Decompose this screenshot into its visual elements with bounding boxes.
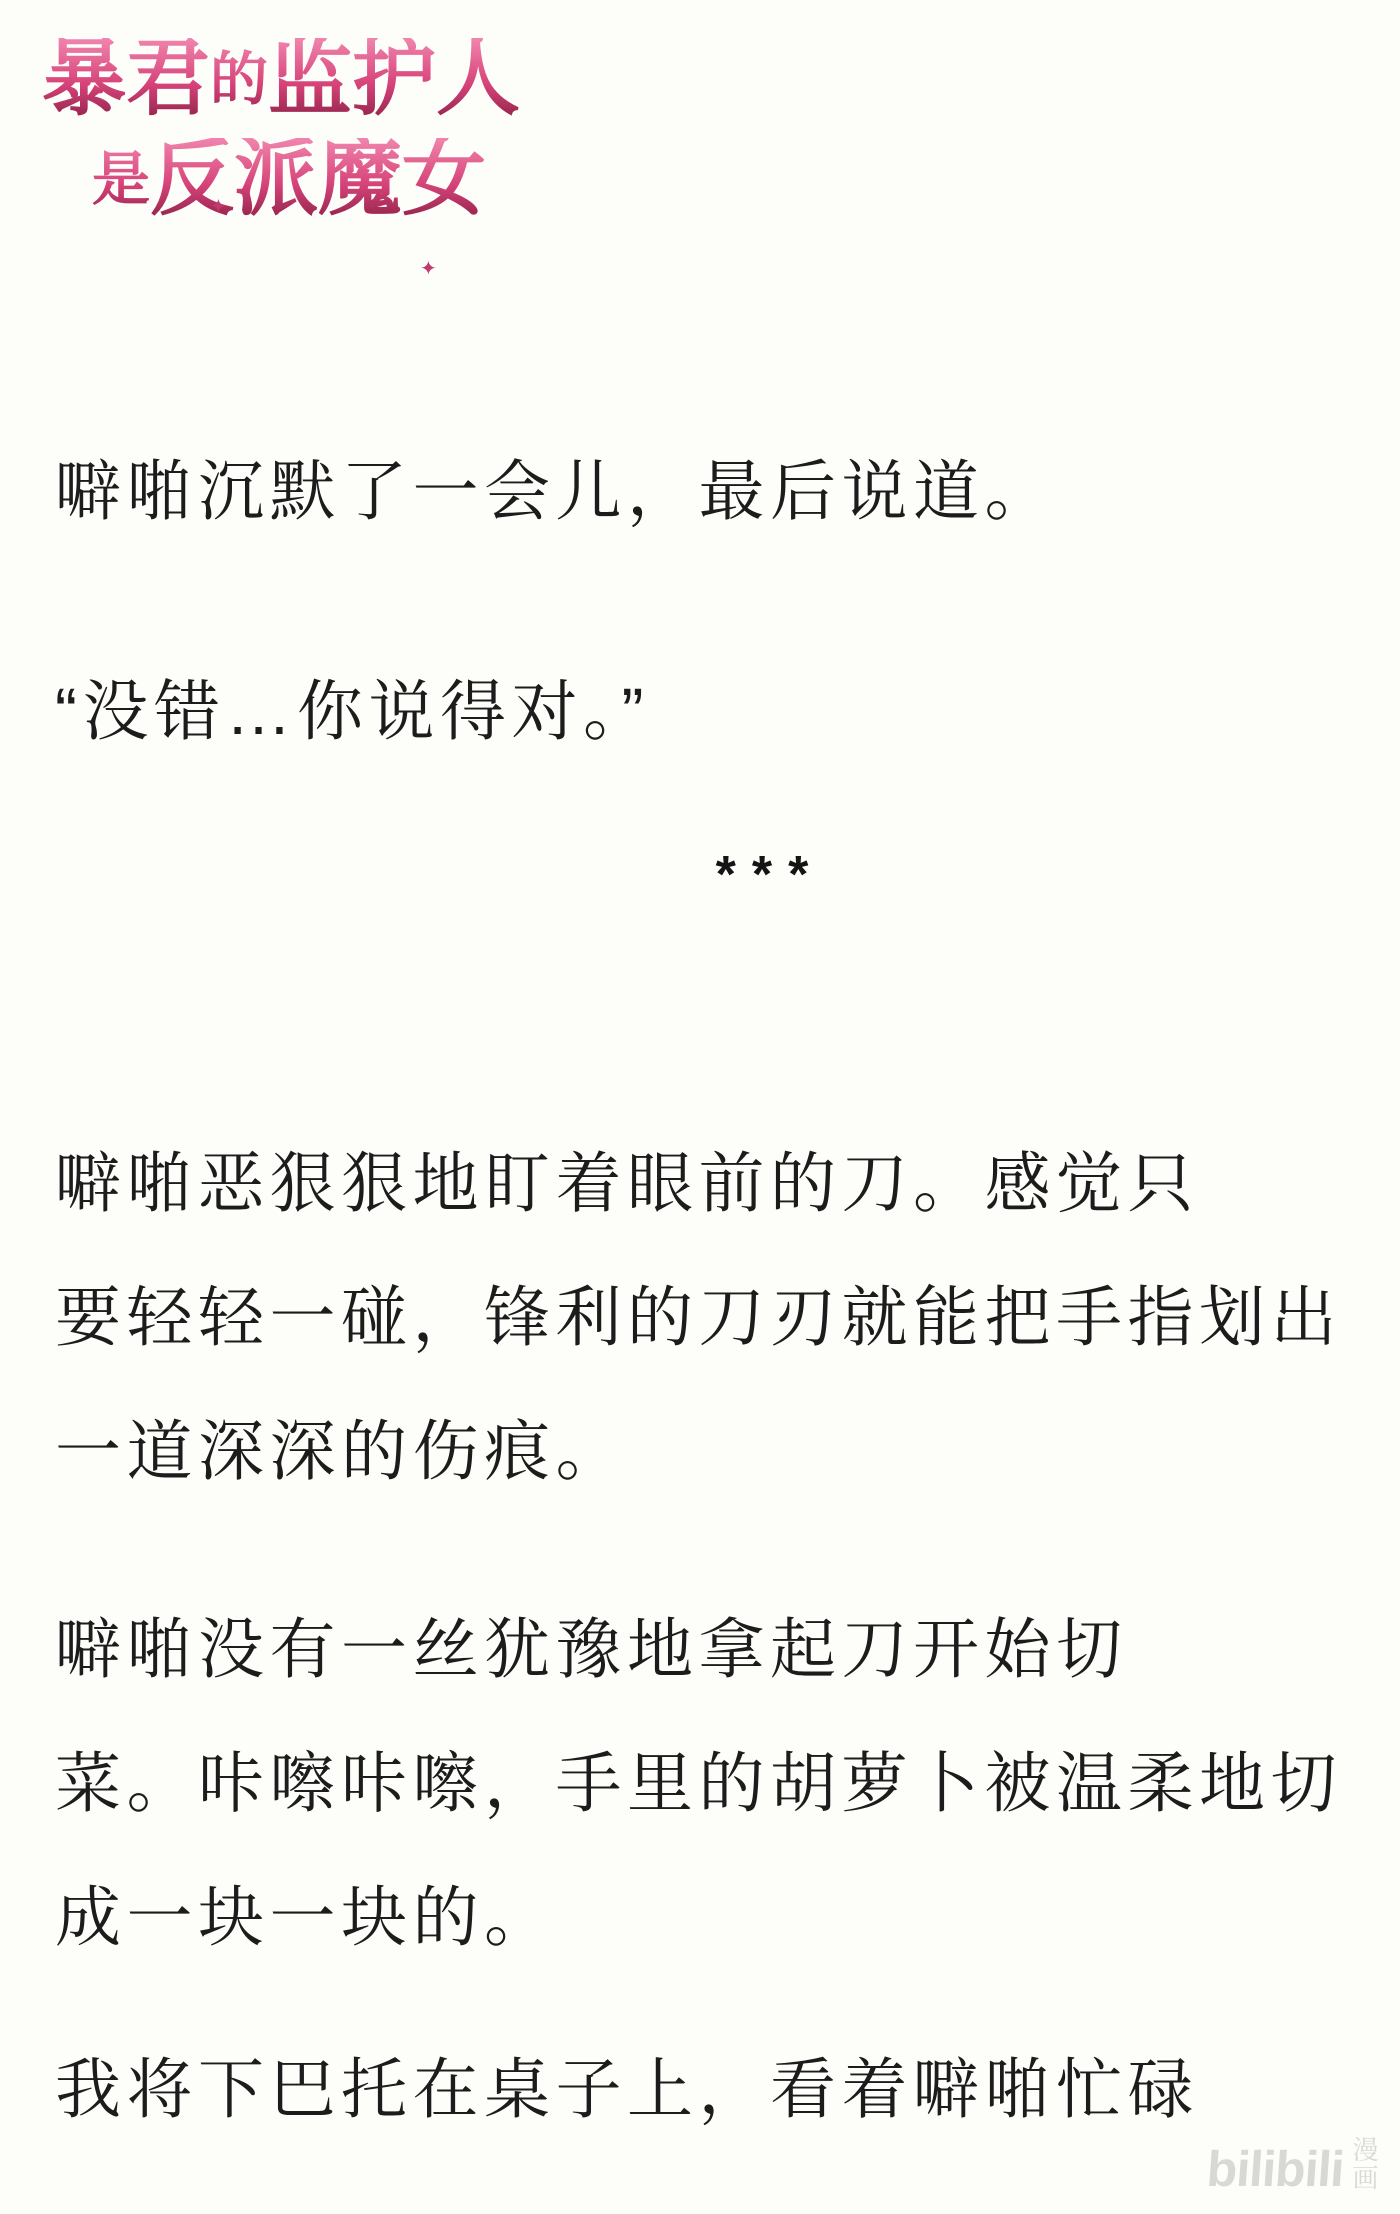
scene-divider-stars: *** (716, 846, 825, 904)
text-line: 要轻轻一碰，锋利的刀刃就能把手指划出 (55, 1280, 1342, 1354)
scene-divider: *** (140, 800, 1400, 934)
text-line: 噼啪没有一丝犹豫地拿起刀开始切 (55, 1612, 1128, 1686)
manhua-label: 漫画 (1349, 2136, 1378, 2192)
logo-text-de: 的 (210, 47, 268, 112)
text-line: 噼啪恶狠狠地盯着眼前的刀。感觉只 (55, 1146, 1199, 1220)
text-line: 成一块一块的。 (55, 1880, 556, 1954)
novel-page: 暴君的监护人 是反派魔女 ✦ ✦ 噼啪沉默了一会儿，最后说道。 “没错…你说得对… (0, 0, 1400, 2214)
paragraph: 噼啪沉默了一会儿，最后说道。 (55, 424, 1350, 558)
bilibili-watermark: bilibili 漫画 (1207, 2136, 1378, 2194)
bilibili-logo: bilibili (1205, 2144, 1345, 2194)
paragraph: 噼啪恶狠狠地盯着眼前的刀。感觉只 要轻轻一碰，锋利的刀刃就能把手指划出 一道深深… (55, 1116, 1350, 1518)
series-logo-line-2: 是反派魔女 (92, 138, 486, 222)
text-line: 我将下巴托在桌子上，看着噼啪忙碌 (55, 2052, 1199, 2126)
logo-text-jianhuren: 监护人 (268, 33, 520, 126)
logo-text-shi: 是 (92, 147, 150, 212)
logo-text-baojun: 暴君 (42, 33, 210, 126)
text-line: “没错…你说得对。” (55, 674, 649, 748)
paragraph: 我将下巴托在桌子上，看着噼啪忙碌 (55, 2022, 1350, 2156)
logo-text-fanpai-monv: 反派魔女 (150, 133, 486, 226)
text-line: 一道深深的伤痕。 (55, 1414, 627, 1488)
paragraph-dialogue: “没错…你说得对。” (55, 644, 1350, 778)
text-line: 噼啪沉默了一会儿，最后说道。 (55, 454, 1056, 528)
text-line: 菜。咔嚓咔嚓，手里的胡萝卜被温柔地切 (55, 1746, 1342, 1820)
diamond-ornament-icon: ✦ (210, 194, 227, 218)
series-logo-line-1: 暴君的监护人 (42, 38, 520, 122)
paragraph: 噼啪没有一丝犹豫地拿起刀开始切 菜。咔嚓咔嚓，手里的胡萝卜被温柔地切 成一块一块… (55, 1582, 1350, 1984)
diamond-ornament-icon: ✦ (420, 256, 437, 280)
